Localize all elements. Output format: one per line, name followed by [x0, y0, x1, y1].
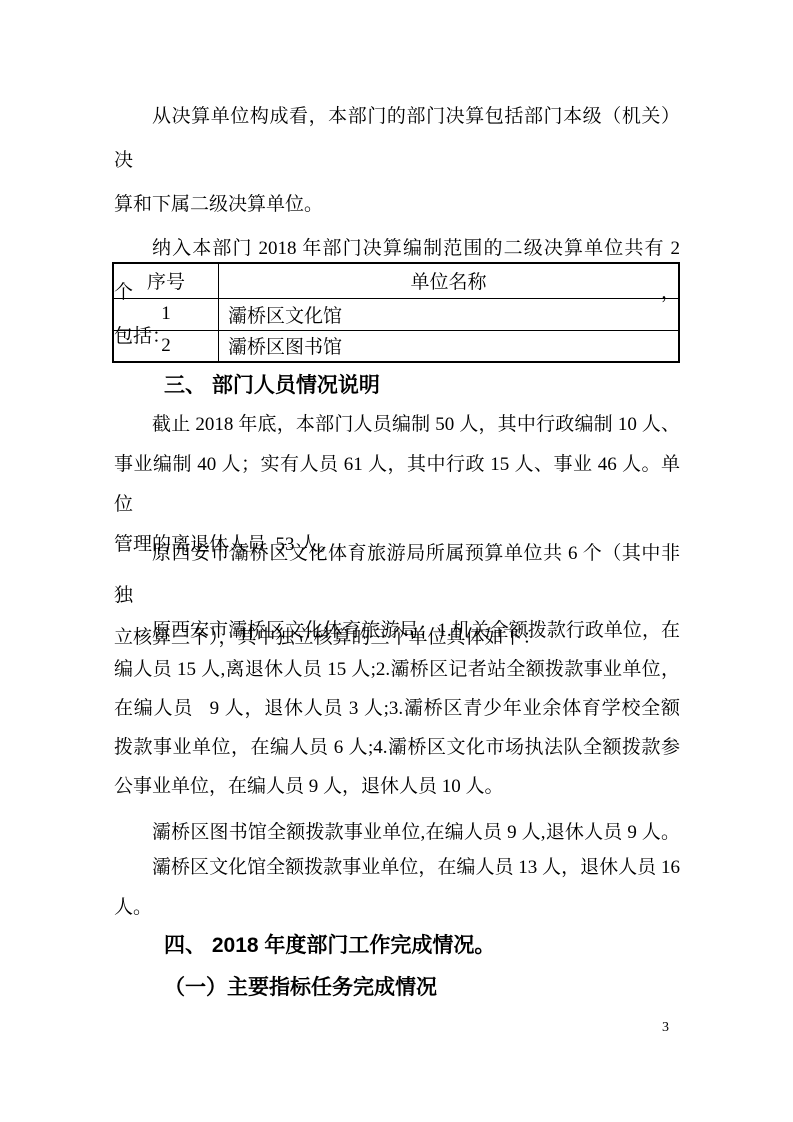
section4-subheading: （一）主要指标任务完成情况	[114, 974, 680, 1002]
unit-index: 2	[113, 330, 219, 362]
units-table-header-row: 序号 单位名称	[113, 263, 679, 298]
paragraph-line: 人。	[114, 888, 680, 928]
section4-heading: 四、 2018 年度部门工作完成情况。	[114, 932, 680, 960]
section3-heading: 三、 部门人员情况说明	[114, 372, 680, 400]
units-table-header-index: 序号	[113, 263, 219, 298]
document-page: 从决算单位构成看，本部门的部门决算包括部门本级（机关）决 算和下属二级决算单位。…	[0, 0, 793, 1122]
paragraph-line: 灞桥区文化馆全额拨款事业单位，在编人员 13 人，退休人员 16	[114, 848, 680, 888]
paragraph-line: 拨款事业单位，在编人员 6 人;4.灞桥区文化市场执法队全额拨款参	[114, 728, 680, 767]
unit-name: 灞桥区图书馆	[219, 330, 680, 362]
table-row: 1 灞桥区文化馆	[113, 298, 679, 330]
paragraph-line: 算和下属二级决算单位。	[114, 183, 680, 227]
paragraph-line: 灞桥区图书馆全额拨款事业单位,在编人员 9 人,退休人员 9 人。	[114, 813, 680, 852]
unit-index: 1	[113, 298, 219, 330]
units-table: 序号 单位名称 1 灞桥区文化馆 2 灞桥区图书馆	[112, 262, 680, 363]
paragraph-line: 原西安市灞桥区文化体育旅游局：1.机关全额拨款行政单位，在	[114, 611, 680, 650]
section3-paragraph-5: 灞桥区文化馆全额拨款事业单位，在编人员 13 人，退休人员 16 人。	[114, 848, 680, 928]
paragraph-line: 编人员 15 人,离退休人员 15 人;2.灞桥区记者站全额拨款事业单位，	[114, 650, 680, 689]
paragraph-line: 在编人员 9 人，退休人员 3 人;3.灞桥区青少年业余体育学校全额	[114, 689, 680, 728]
page-number: 3	[662, 1020, 669, 1036]
paragraph-line: 从决算单位构成看，本部门的部门决算包括部门本级（机关）决	[114, 95, 680, 183]
units-table-header-name: 单位名称	[219, 263, 680, 298]
paragraph-line: 截止 2018 年底，本部门人员编制 50 人，其中行政编制 10 人、	[114, 405, 680, 445]
unit-name: 灞桥区文化馆	[219, 298, 680, 330]
paragraph-line: 原西安市灞桥区文化体育旅游局所属预算单位共 6 个（其中非独	[114, 533, 680, 617]
paragraph-line: 公事业单位，在编人员 9 人，退休人员 10 人。	[114, 767, 680, 806]
paragraph-line: 事业编制 40 人；实有人员 61 人，其中行政 15 人、事业 46 人。单位	[114, 445, 680, 525]
table-row: 2 灞桥区图书馆	[113, 330, 679, 362]
section3-paragraph-4: 灞桥区图书馆全额拨款事业单位,在编人员 9 人,退休人员 9 人。	[114, 813, 680, 852]
section3-paragraph-3: 原西安市灞桥区文化体育旅游局：1.机关全额拨款行政单位，在 编人员 15 人,离…	[114, 611, 680, 806]
